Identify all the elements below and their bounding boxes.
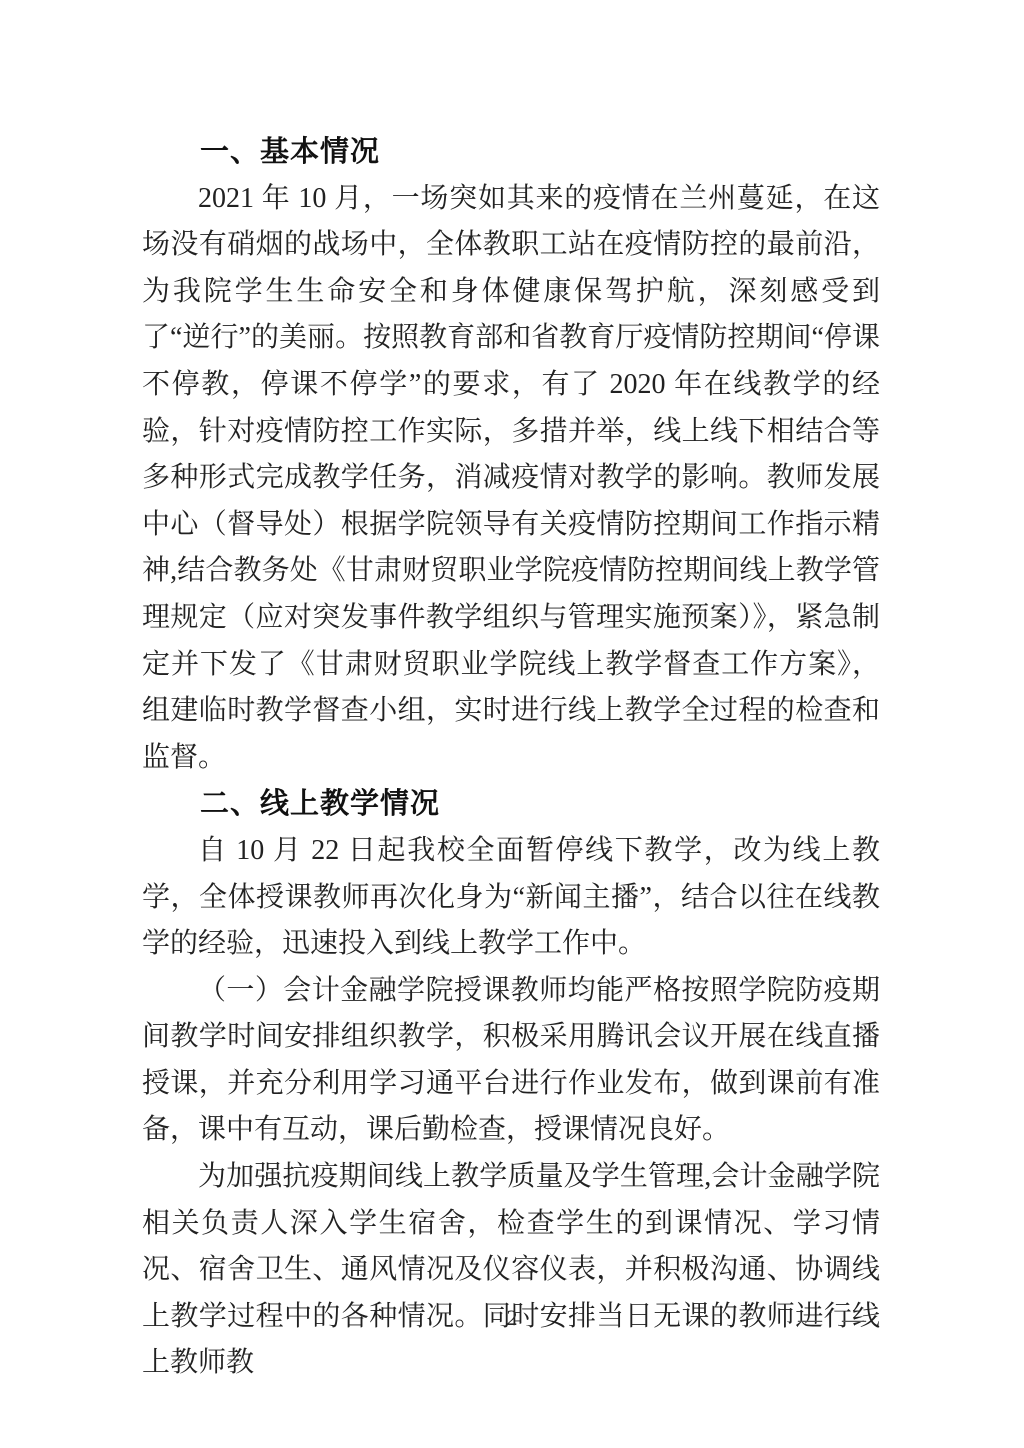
paragraph-basic-situation: 2021 年 10 月，一场突如其来的疫情在兰州蔓延，在这场没有硝烟的战场中，全…: [142, 176, 880, 782]
page-footer: 2 — —: [0, 1305, 1024, 1345]
paragraph-student-management: 为加强抗疫期间线上教学质量及学生管理,会计金融学院相关负责人深入学生宿舍，检查学…: [142, 1154, 880, 1387]
document-body: 一、基本情况 2021 年 10 月，一场突如其来的疫情在兰州蔓延，在这场没有硝…: [142, 129, 880, 1387]
paragraph-accounting-finance-college: （一）会计金融学院授课教师均能严格按照学院防疫期间教学时间安排组织教学，积极采用…: [142, 968, 880, 1154]
paragraph-online-teaching-intro: 自 10 月 22 日起我校全面暂停线下教学，改为线上教学，全体授课教师再次化身…: [142, 828, 880, 968]
section-heading-basic-situation: 一、基本情况: [142, 129, 880, 176]
page-number: 2: [0, 1305, 1024, 1331]
document-page: 一、基本情况 2021 年 10 月，一场突如其来的疫情在兰州蔓延，在这场没有硝…: [0, 0, 1024, 1448]
section-heading-online-teaching: 二、线上教学情况: [142, 781, 880, 828]
footer-margin-marks: — —: [798, 1307, 866, 1334]
